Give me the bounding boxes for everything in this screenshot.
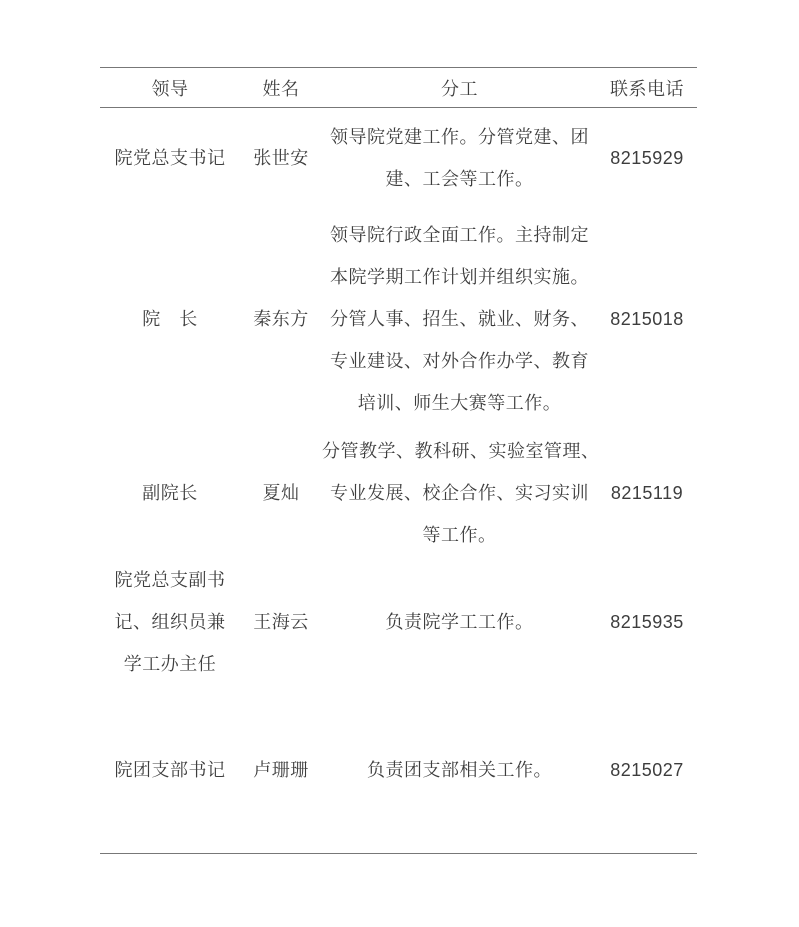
text-line: 分管人事、招生、就业、财务、 [322, 298, 597, 340]
phone-cell: 8215929 [597, 108, 697, 208]
duty-cell: 领导院行政全面工作。主持制定本院学期工作计划并组织实施。分管人事、招生、就业、财… [322, 208, 597, 430]
phone-cell: 8215935 [597, 557, 697, 687]
text-line: 记、组织员兼 [100, 601, 240, 643]
name-cell: 夏灿 [240, 430, 322, 557]
name-cell: 秦东方 [240, 208, 322, 430]
text-line: 专业建设、对外合作办学、教育 [322, 340, 597, 382]
name-cell: 卢珊珊 [240, 687, 322, 854]
text-line: 院 长 [100, 298, 240, 340]
duty-cell: 领导院党建工作。分管党建、团建、工会等工作。 [322, 108, 597, 208]
text-line: 专业发展、校企合作、实习实训 [322, 472, 597, 514]
phone-cell: 8215018 [597, 208, 697, 430]
text-line: 建、工会等工作。 [322, 158, 597, 200]
table-row: 院团支部书记 卢珊珊 负责团支部相关工作。 8215027 [100, 687, 697, 854]
leader-title-cell: 院 长 [100, 208, 240, 430]
text-line: 学工办主任 [100, 643, 240, 685]
table-row: 院党总支副书记、组织员兼学工办主任 王海云 负责院学工工作。 8215935 [100, 557, 697, 687]
document-page: 领导 姓名 分工 联系电话 院党总支书记 张世安 领导院党建工作。分管党建、团建… [0, 0, 799, 927]
text-line: 院党总支副书 [100, 559, 240, 601]
text-line: 副院长 [100, 472, 240, 514]
duty-cell: 分管教学、教科研、实验室管理、专业发展、校企合作、实习实训等工作。 [322, 430, 597, 557]
header-name: 姓名 [240, 68, 322, 108]
header-phone: 联系电话 [597, 68, 697, 108]
leader-title-cell: 院党总支副书记、组织员兼学工办主任 [100, 557, 240, 687]
text-line: 培训、师生大赛等工作。 [322, 382, 597, 424]
text-line: 等工作。 [322, 514, 597, 556]
phone-cell: 8215027 [597, 687, 697, 854]
phone-cell: 8215119 [597, 430, 697, 557]
duty-cell: 负责院学工工作。 [322, 557, 597, 687]
table-row: 院党总支书记 张世安 领导院党建工作。分管党建、团建、工会等工作。 821592… [100, 108, 697, 208]
text-line: 负责院学工工作。 [322, 601, 597, 643]
header-duty: 分工 [322, 68, 597, 108]
text-line: 本院学期工作计划并组织实施。 [322, 256, 597, 298]
text-line: 领导院行政全面工作。主持制定 [322, 214, 597, 256]
header-leader: 领导 [100, 68, 240, 108]
leader-title-cell: 副院长 [100, 430, 240, 557]
leader-title-cell: 院团支部书记 [100, 687, 240, 854]
text-line: 分管教学、教科研、实验室管理、 [322, 430, 597, 472]
leader-title-cell: 院党总支书记 [100, 108, 240, 208]
text-line: 院团支部书记 [100, 749, 240, 791]
name-cell: 张世安 [240, 108, 322, 208]
header-row: 领导 姓名 分工 联系电话 [100, 68, 697, 108]
name-cell: 王海云 [240, 557, 322, 687]
text-line: 负责团支部相关工作。 [322, 749, 597, 791]
text-line: 领导院党建工作。分管党建、团 [322, 116, 597, 158]
table-row: 副院长 夏灿 分管教学、教科研、实验室管理、专业发展、校企合作、实习实训等工作。… [100, 430, 697, 557]
table-row: 院 长 秦东方 领导院行政全面工作。主持制定本院学期工作计划并组织实施。分管人事… [100, 208, 697, 430]
text-line: 院党总支书记 [100, 137, 240, 179]
duty-cell: 负责团支部相关工作。 [322, 687, 597, 854]
leadership-table: 领导 姓名 分工 联系电话 院党总支书记 张世安 领导院党建工作。分管党建、团建… [100, 67, 697, 854]
